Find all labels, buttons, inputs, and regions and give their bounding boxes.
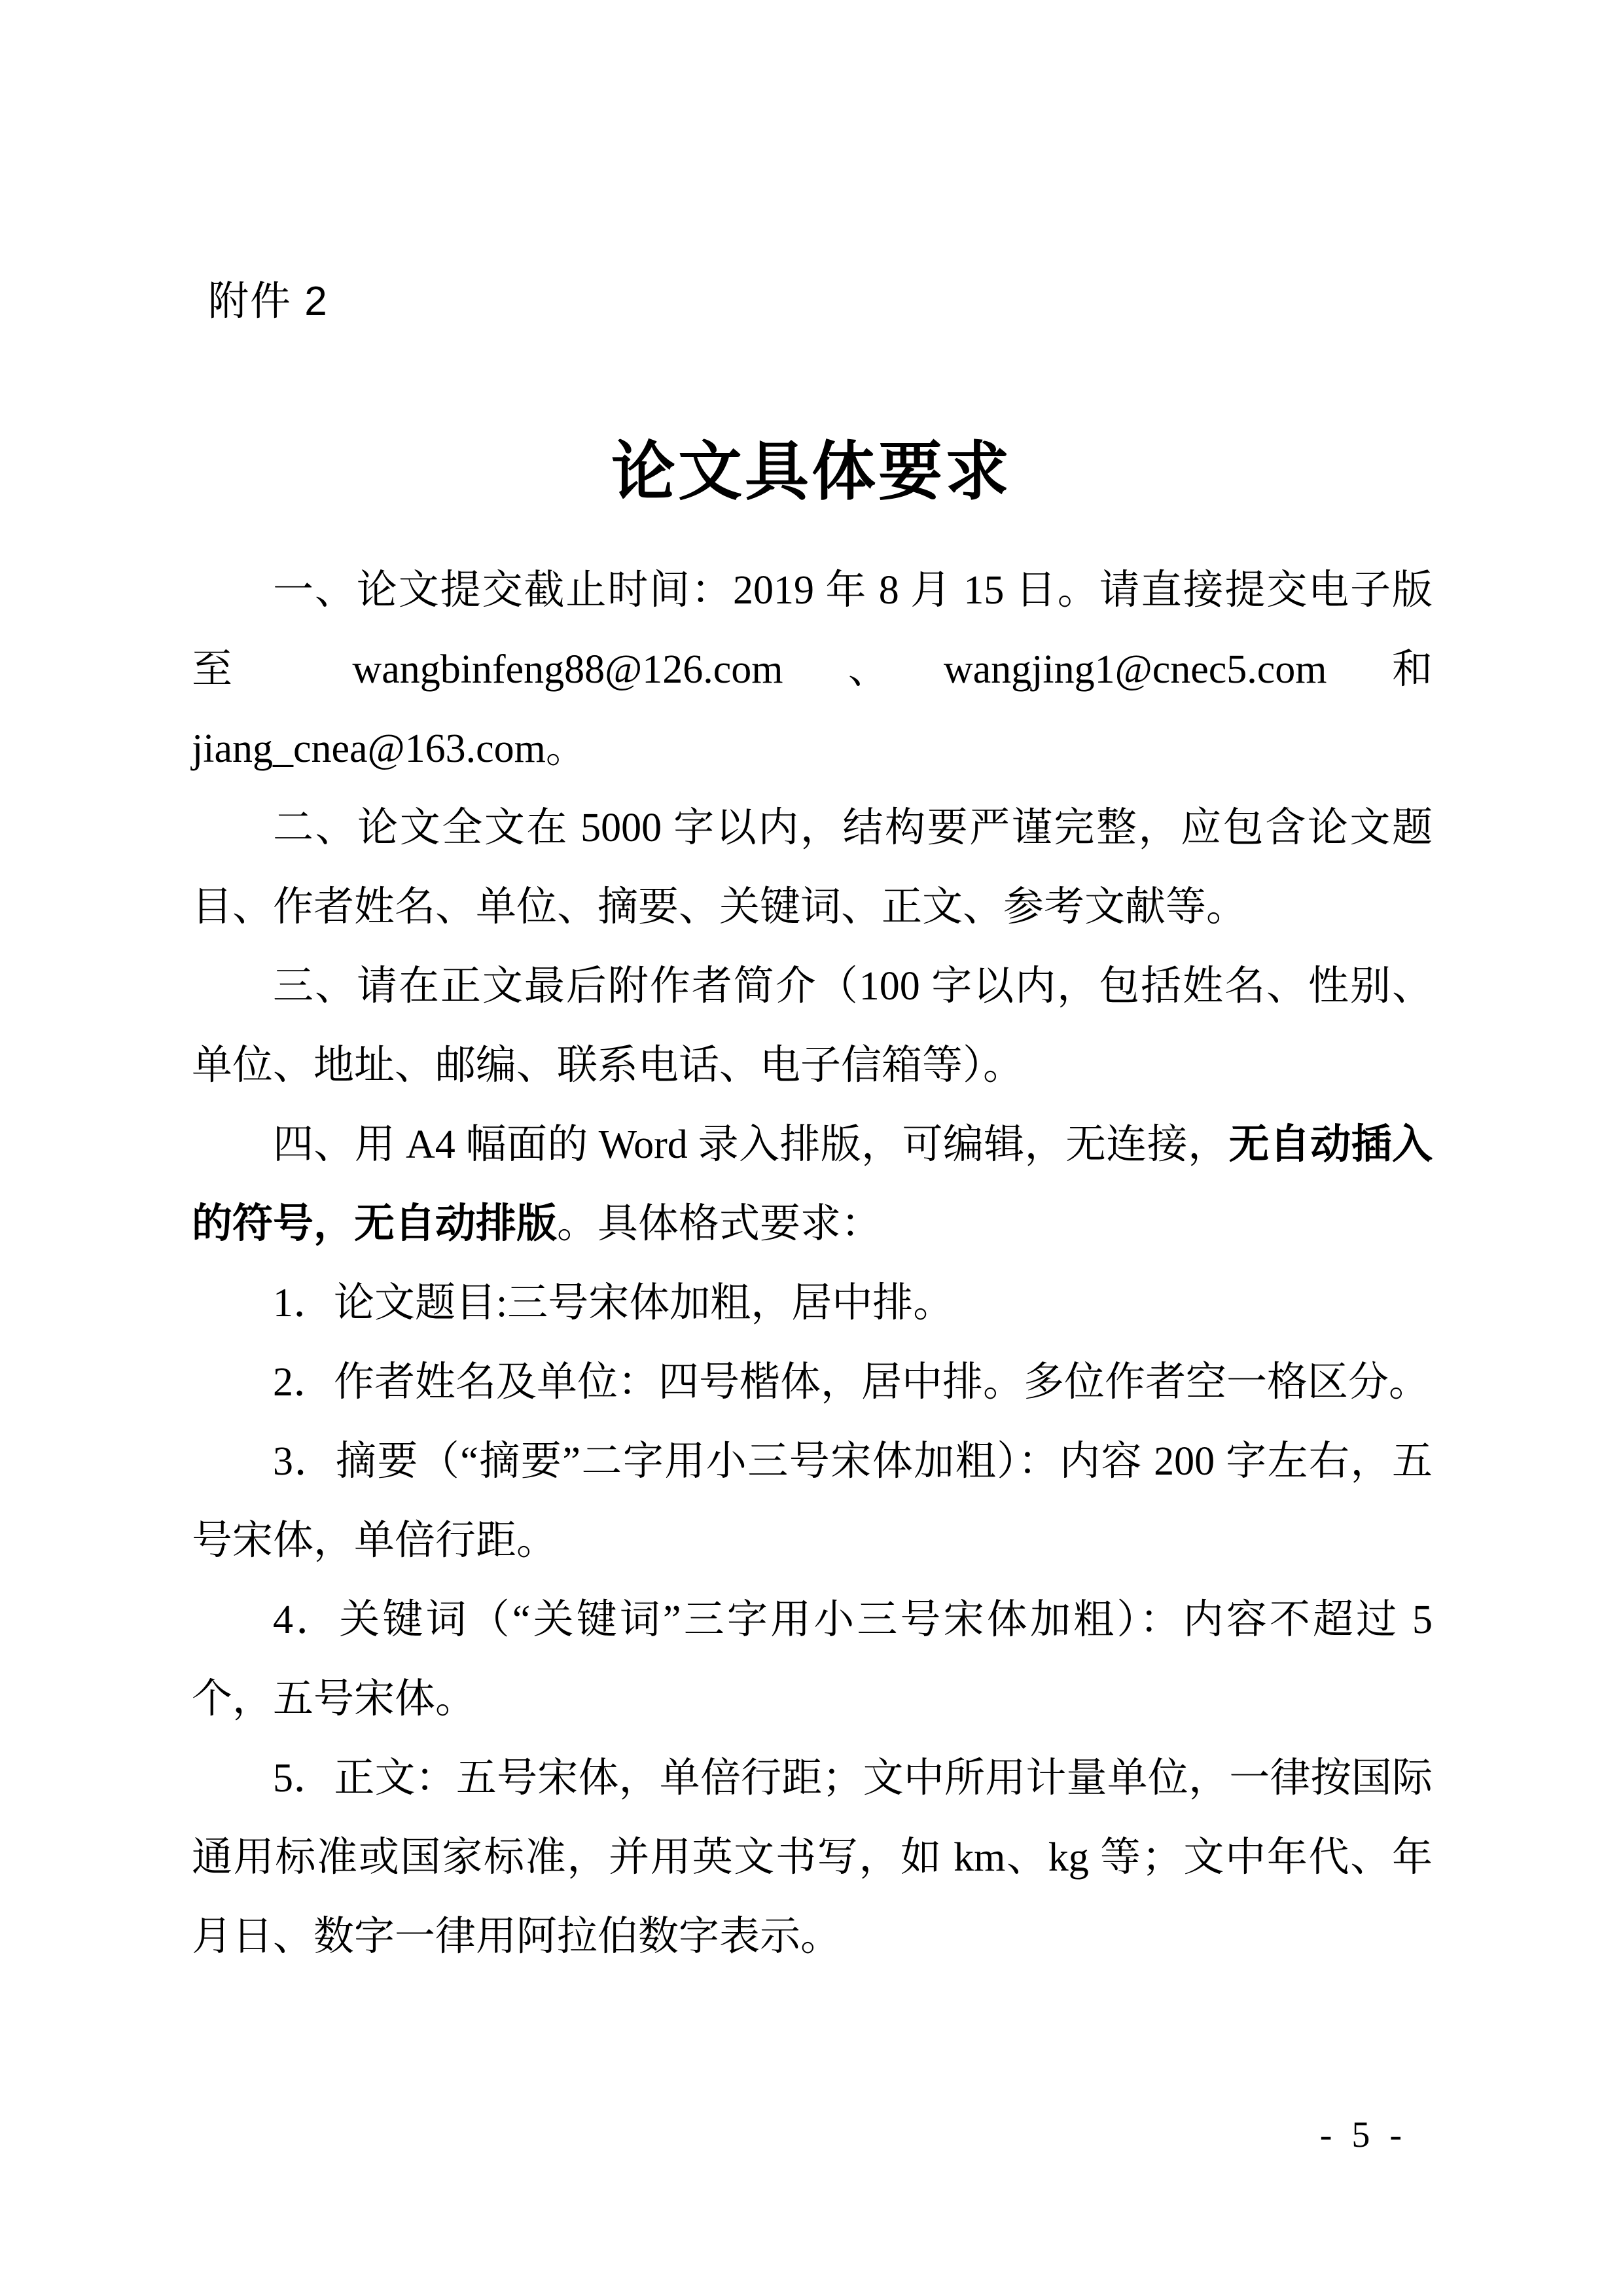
paragraph: 3．摘要（“摘要”二字用小三号宋体加粗）：内容 200 字左右，五号宋体，单倍行… — [192, 1422, 1433, 1581]
paragraph-segment: 3．摘要（“摘要”二字用小三号宋体加粗）：内容 200 字左右，五号宋体，单倍行… — [192, 1439, 1433, 1563]
paragraph: 三、请在正文最后附作者简介（100 字以内，包括姓名、性别、单位、地址、邮编、联… — [192, 947, 1433, 1105]
paragraph-segment: 。具体格式要求： — [557, 1202, 882, 1246]
paragraph-segment: 三、请在正文最后附作者简介（100 字以内，包括姓名、性别、单位、地址、邮编、联… — [192, 964, 1433, 1088]
paragraph: 二、论文全文在 5000 字以内，结构要严谨完整，应包含论文题目、作者姓名、单位… — [192, 789, 1433, 947]
paragraph: 1．论文题目:三号宋体加粗，居中排。 — [192, 1264, 1433, 1343]
paragraph: 5．正文：五号宋体，单倍行距；文中所用计量单位，一律按国际通用标准或国家标准，并… — [192, 1739, 1433, 1977]
document-page: 附件 2 论文具体要求 一、论文提交截止时间：2019 年 8 月 15 日。请… — [0, 0, 1623, 2296]
paragraph-segment: 2．作者姓名及单位：四号楷体，居中排。多位作者空一格区分。 — [273, 1360, 1429, 1405]
paragraph-segment: 5．正文：五号宋体，单倍行距；文中所用计量单位，一律按国际通用标准或国家标准，并… — [192, 1756, 1433, 1959]
paragraph-segment: 二、论文全文在 5000 字以内，结构要严谨完整，应包含论文题目、作者姓名、单位… — [192, 806, 1433, 929]
attachment-label: 附件 2 — [208, 278, 329, 326]
paragraph-segment: 一、论文提交截止时间：2019 年 8 月 15 日。请直接提交电子版至 wan… — [192, 568, 1433, 771]
paragraph: 四、用 A4 幅面的 Word 录入排版，可编辑，无连接，无自动插入的符号，无自… — [192, 1105, 1433, 1264]
paragraph-segment: 四、用 A4 幅面的 Word 录入排版，可编辑，无连接， — [273, 1122, 1229, 1167]
document-body: 一、论文提交截止时间：2019 年 8 月 15 日。请直接提交电子版至 wan… — [192, 551, 1433, 1977]
paragraph: 一、论文提交截止时间：2019 年 8 月 15 日。请直接提交电子版至 wan… — [192, 551, 1433, 789]
document-title: 论文具体要求 — [0, 435, 1623, 509]
page-number: - 5 - — [1320, 2115, 1407, 2156]
paragraph: 4．关键词（“关键词”三字用小三号宋体加粗）：内容不超过 5 个，五号宋体。 — [192, 1581, 1433, 1739]
paragraph-segment: 4．关键词（“关键词”三字用小三号宋体加粗）：内容不超过 5 个，五号宋体。 — [192, 1598, 1433, 1721]
paragraph-segment: 1．论文题目:三号宋体加粗，居中排。 — [273, 1281, 954, 1325]
paragraph: 2．作者姓名及单位：四号楷体，居中排。多位作者空一格区分。 — [192, 1343, 1433, 1422]
